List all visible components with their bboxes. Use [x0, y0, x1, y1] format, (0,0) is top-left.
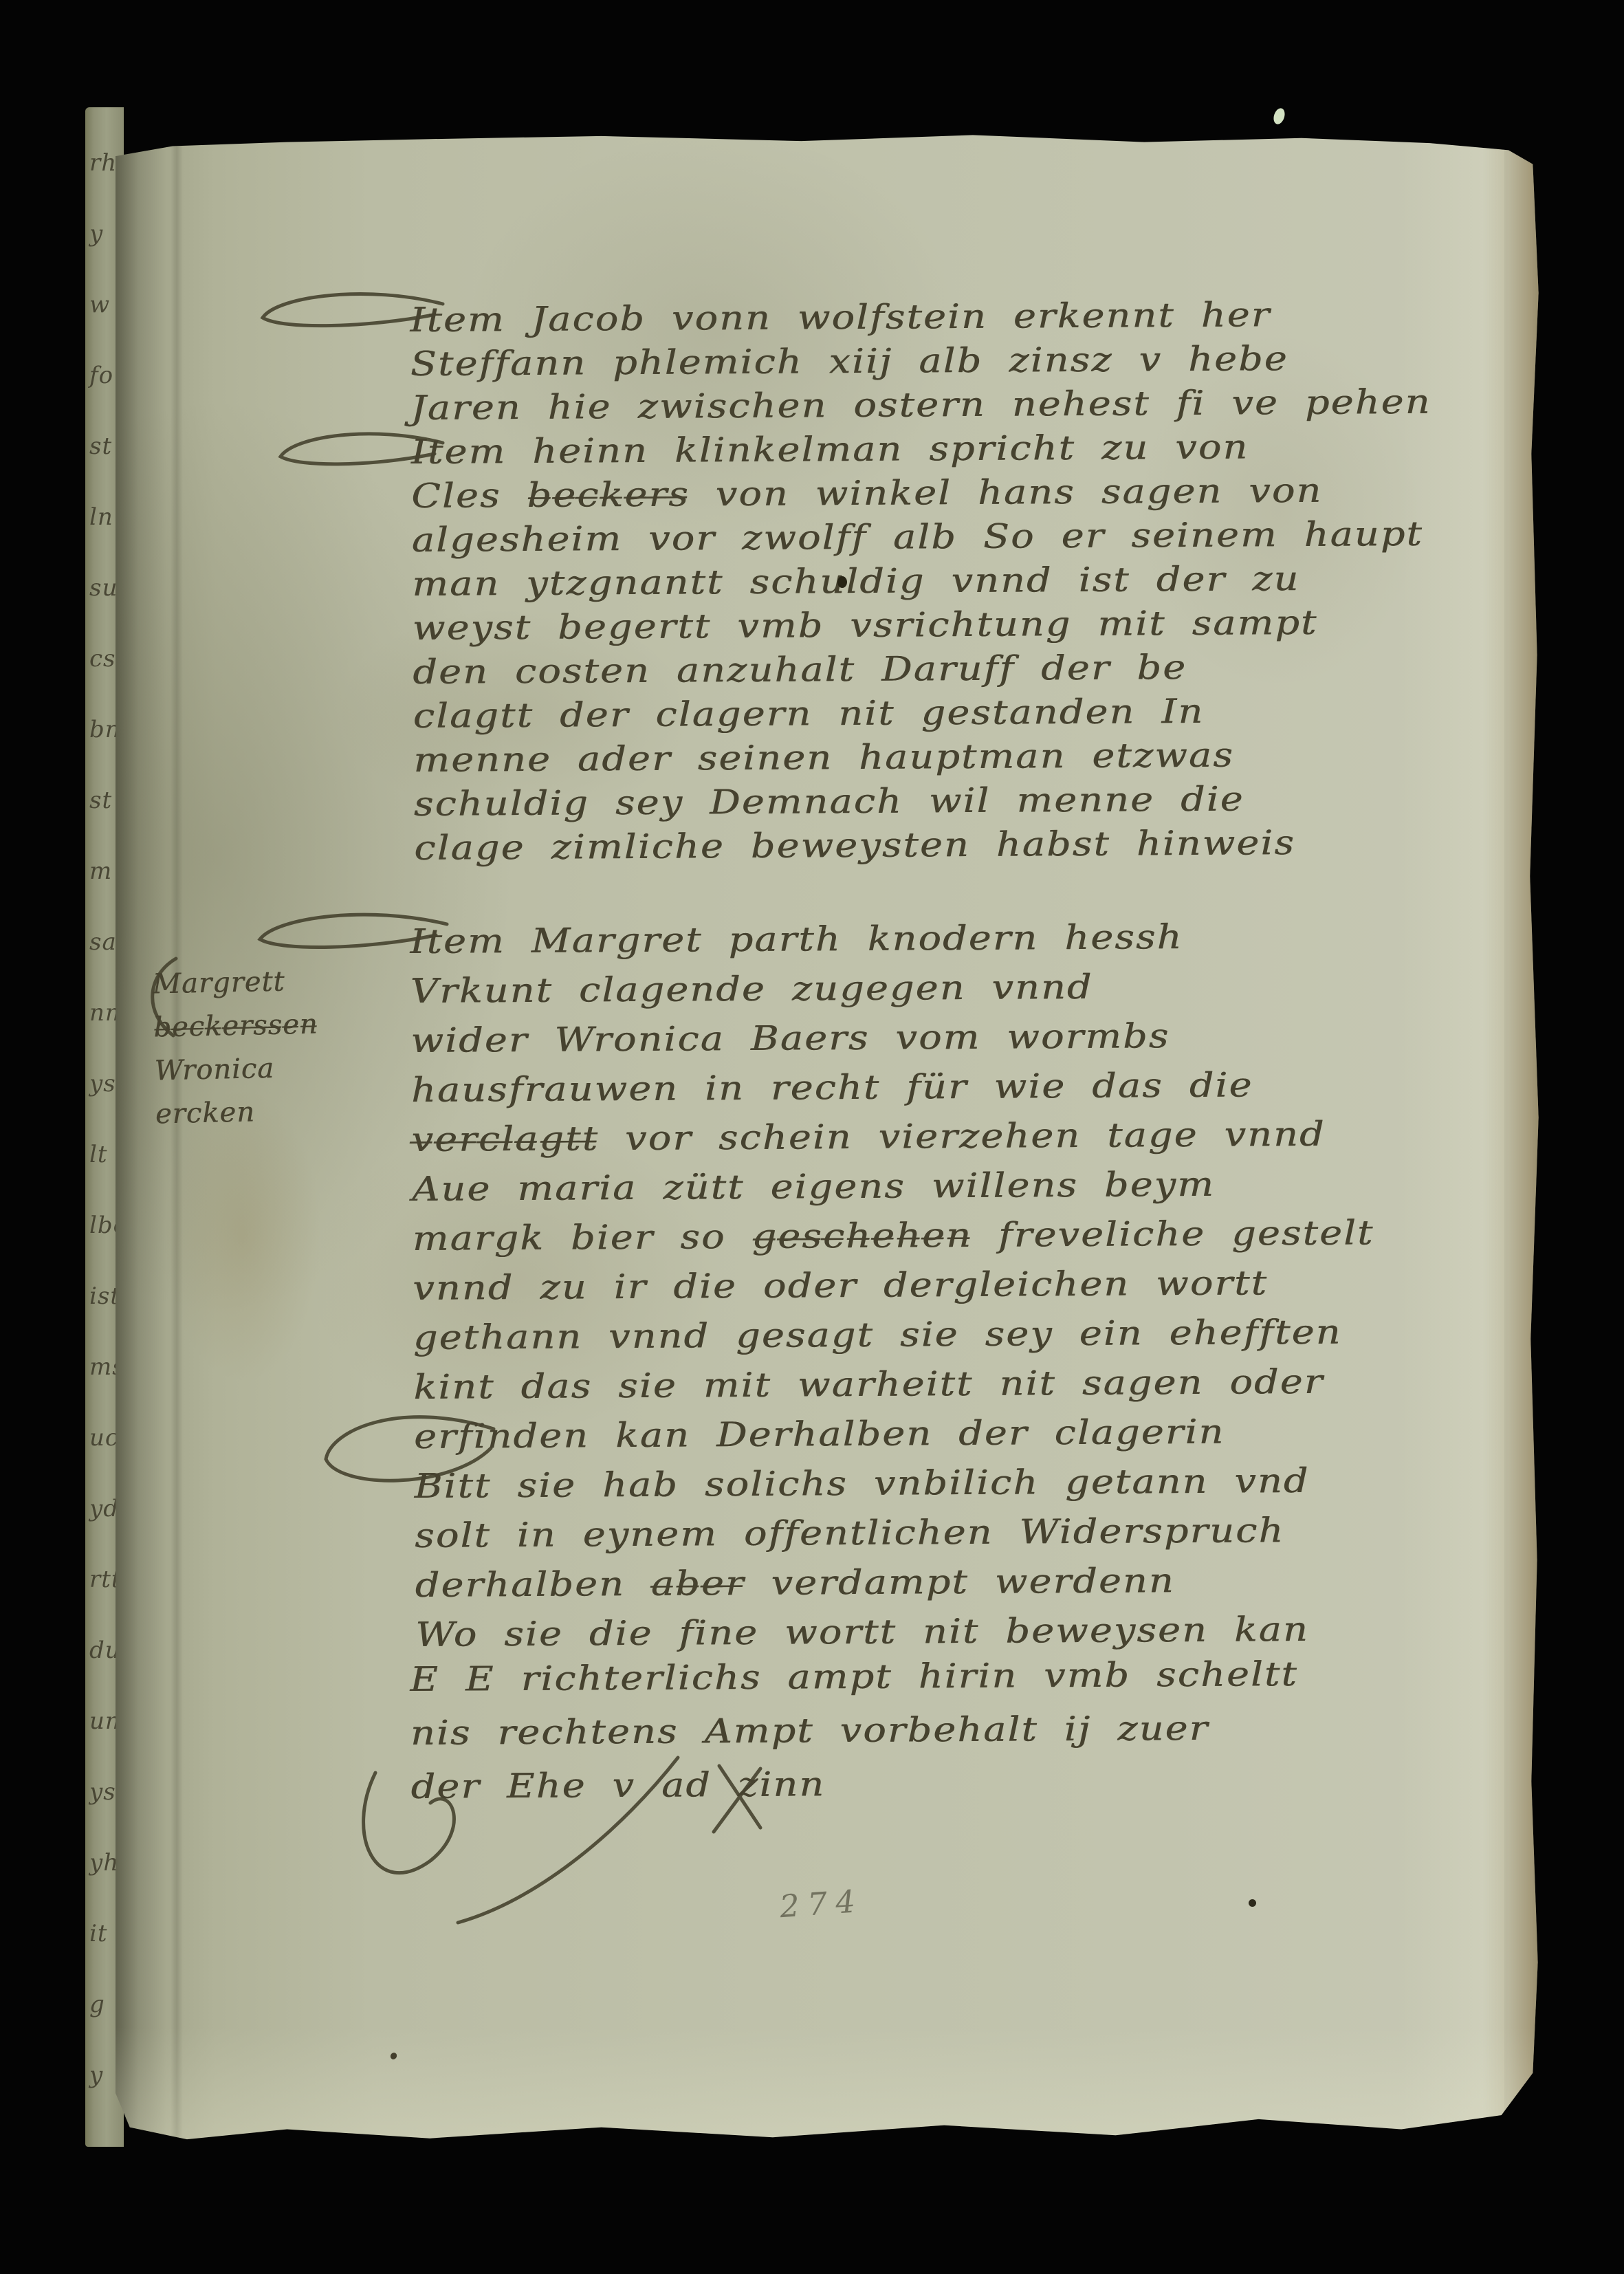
- ink-blot: [1249, 1899, 1256, 1907]
- entry-2-closing-text: E E richterlichs ampt hirin vmb scheltt …: [410, 1648, 1299, 1814]
- text-line: vnnd zu ir die oder dergleichen wortt: [413, 1258, 1374, 1313]
- bottom-edge-highlight: [116, 2026, 1544, 2143]
- text-line: kint das sie mit warheitt nit sagen oder: [413, 1357, 1375, 1412]
- margin-note: Margrett b̶e̶c̶k̶e̶r̶s̶s̶e̶n̶ Wronica er…: [152, 960, 320, 1137]
- text-line: clagtt der clagern nit gestanden In: [413, 688, 1434, 739]
- text-line: wider Wronica Baers vom wormbs: [410, 1010, 1372, 1066]
- text-line: menne ader seinen hauptman etzwas: [413, 732, 1434, 783]
- text-line: derhalben a̶b̶e̶r̶ verdampt werdenn: [415, 1555, 1376, 1610]
- text-line: hausfrauwen in recht für wie das die: [411, 1060, 1373, 1115]
- text-line: Item heinn klinkelman spricht zu von: [411, 424, 1432, 474]
- margin-note-line: Margrett: [152, 960, 317, 1007]
- text-line: Bitt sie hab solichs vnbilich getann vnd: [414, 1456, 1376, 1511]
- gutter-shadow: [116, 132, 166, 2143]
- entry-1-text: Item Jacob vonn wolfstein erkennt her St…: [410, 292, 1435, 871]
- text-line: der Ehe v ad zinn: [410, 1755, 1299, 1814]
- text-line: solt in eynem offentlichen Widerspruch: [415, 1505, 1376, 1561]
- margin-note-line: Wronica: [154, 1046, 319, 1093]
- text-line: man ytzgnantt schuldig vnnd ist der zu: [412, 556, 1433, 606]
- text-line: gethann vnnd gesagt sie sey ein ehefften: [413, 1307, 1375, 1363]
- margin-note-line: ercken: [155, 1089, 320, 1136]
- text-line: E E richterlichs ampt hirin vmb scheltt: [410, 1648, 1298, 1707]
- manuscript-page: Margrett b̶e̶c̶k̶e̶r̶s̶s̶e̶n̶ Wronica er…: [116, 132, 1544, 2143]
- text-line: clage zimliche beweysten habst hinweis: [414, 820, 1435, 871]
- margin-note-line: b̶e̶c̶k̶e̶r̶s̶s̶e̶n̶: [153, 1003, 318, 1050]
- green-speck: [1272, 107, 1287, 125]
- text-line: v̶e̶r̶c̶l̶a̶g̶t̶t̶ vor schein vierzehen …: [411, 1109, 1373, 1165]
- deckle-edge-stain: [1484, 132, 1544, 2143]
- text-line: Item Margret parth knodern hessh: [410, 911, 1372, 967]
- folio-number: 274: [778, 1883, 864, 1925]
- text-line: margk bier so g̶e̶s̶c̶h̶e̶h̶e̶n̶ freveli…: [412, 1208, 1374, 1264]
- text-line: Aue maria zütt eigens willens beym: [412, 1159, 1374, 1214]
- entry-2-text: Item Margret parth knodern hessh Vrkunt …: [410, 911, 1377, 1660]
- text-line: Steffann phlemich xiij alb zinsz v hebe: [410, 336, 1431, 386]
- text-line: Jaren hie zwischen ostern nehest fi ve p…: [410, 380, 1431, 430]
- text-line: schuldig sey Demnach wil menne die: [414, 776, 1435, 827]
- text-line: algesheim vor zwolff alb So er seinem ha…: [412, 512, 1433, 562]
- manuscript-scan: rh y w fo st ln su cso bnt st m sa nm ys…: [0, 0, 1624, 2274]
- text-line: Cles b̶e̶c̶k̶e̶r̶s̶ von winkel hans sage…: [411, 468, 1432, 518]
- text-line: erfinden kan Derhalben der clagerin: [414, 1406, 1376, 1462]
- ink-blot: [837, 576, 847, 588]
- text-line: weyst begertt vmb vsrichtung mit sampt: [413, 600, 1434, 651]
- text-line: Vrkunt clagende zugegen vnnd: [410, 961, 1372, 1016]
- text-line: Item Jacob vonn wolfstein erkennt her: [410, 292, 1431, 342]
- text-line: den costen anzuhalt Daruff der be: [413, 644, 1434, 695]
- text-line: nis rechtens Ampt vorbehalt ij zuer: [410, 1701, 1299, 1760]
